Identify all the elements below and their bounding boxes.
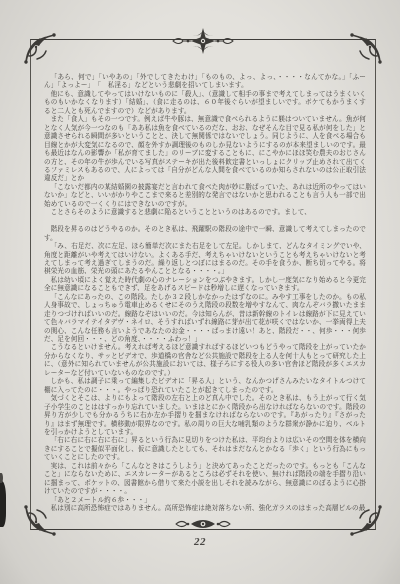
- paragraph: 「こんなにあったの、この階段。たしか３２段しかなかったはずなのに。みやす工事をし…: [44, 294, 366, 345]
- paragraph: 他にも、意識してやってはいけないものに「殺人」、（意識して相手の事まで考えてしま…: [44, 91, 366, 116]
- bottom-center-ornament-icon: [164, 515, 242, 538]
- corner-flourish-top-left-icon: [23, 31, 57, 65]
- paragraph: また「食人」もその一つです。例えば牛や豚は、無意識で食べられるように躾はついてい…: [44, 116, 366, 184]
- paragraph: 私は別に高所恐怖症ではありません。高所恐怖症は絶対落ちない所、強化ガラスのはまっ…: [44, 505, 366, 513]
- paragraph: 階段を昇るのはどうやるのか。そのとき私は、飛躍駅の階段の途中で一瞬、意識して考え…: [44, 226, 366, 243]
- paragraph: ことさらそのように意識すると悲劇に陥るということというのはあるのです。まして、: [44, 209, 366, 217]
- scanned-page: 「あら、何で」「いやあの」「外でしてきたわけ」「ものもの、よっ、よっ、・・・・な…: [0, 0, 400, 584]
- paragraph: 「あと２メートル約６歩・・・」: [44, 497, 366, 505]
- body-text: 「あら、何で」「いやあの」「外でしてきたわけ」「ものもの、よっ、よっ、・・・・な…: [44, 74, 366, 514]
- paragraph: こうなるといけません。考えれば考えるほど意識すればするほどいつもどうやって階段を…: [44, 344, 366, 378]
- scan-artifact: [0, 481, 6, 527]
- page-border-frame: 「あら、何で」「いやあの」「外でしてきたわけ」「ものもの、よっ、よっ、・・・・な…: [30, 39, 376, 530]
- paragraph: 私は幼い頃によく覚えた時代劇の心のナレーションをつぶやきます。しかし一度気になり…: [44, 277, 366, 294]
- paragraph: 実は、これは前々から「こんなときはこうしよう」と決めてあったことだったのです。も…: [44, 463, 366, 497]
- paragraph: 「あら、何で」「いやあの」「外でしてきたわけ」「ものもの、よっ、よっ、・・・・な…: [44, 74, 366, 91]
- paragraph: 「こないだ都内の某結婚園の披露宴だと言われて食べた肉が妙に脂ばっていた、あれは近…: [44, 184, 366, 209]
- corner-flourish-top-right-icon: [349, 31, 383, 65]
- page-number: 22: [0, 536, 400, 548]
- paragraph: しかも、私は調子に乗って編集したビデオに「昇る人」という、なんかつげさんみたいな…: [44, 378, 366, 395]
- paragraph: 気づくとそこは、よりにもよって階段の左右と上のど真ん中でした。そのとき私は、もう…: [44, 395, 366, 437]
- paragraph: 「み、右足だ、次に左足、ほら簡単だ次にまた右足をして左足。しかしまて、どんなタイ…: [44, 243, 366, 277]
- paragraph: 「右に右に右に右に右に」昇るという行為に見切りをつけた私は、平均台よりは広いその…: [44, 437, 366, 462]
- top-center-ornament-icon: [153, 27, 253, 60]
